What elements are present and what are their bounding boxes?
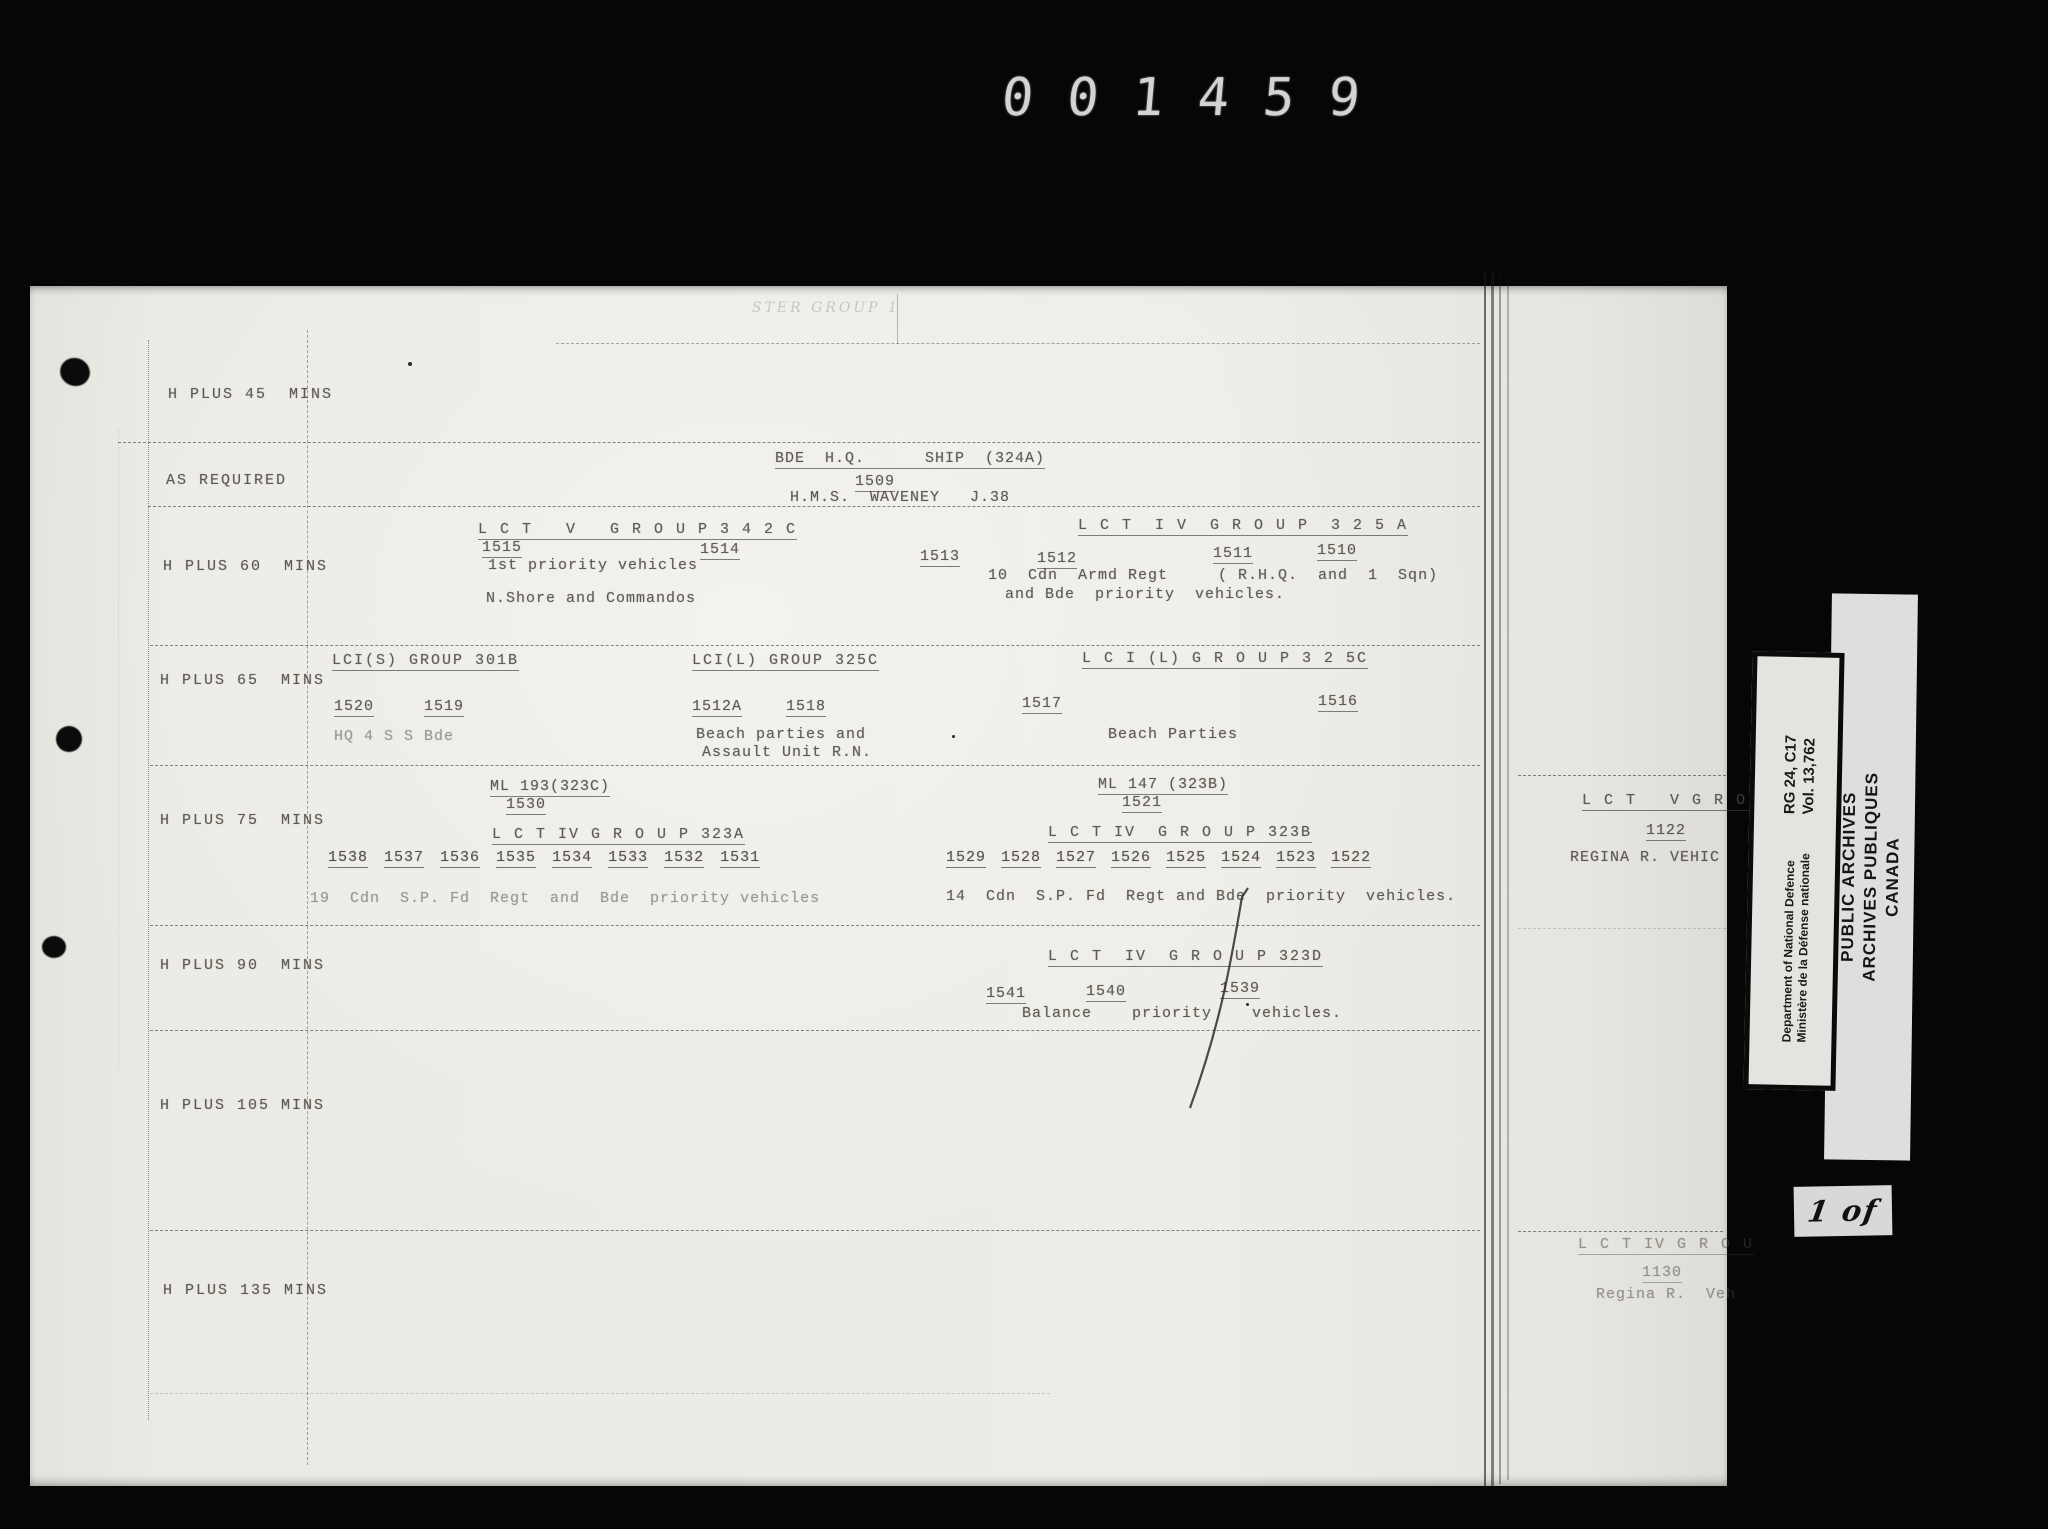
h65-right-line1: Beach Parties <box>1108 726 1238 743</box>
h75-right-line1: REGINA R. VEHIC <box>1570 849 1720 866</box>
h65-mid-heading: LCI(L) GROUP 325C <box>692 652 879 671</box>
fold-crease <box>1499 276 1501 1484</box>
h60-right-line2: and Bde priority vehicles. <box>1005 586 1285 603</box>
serial: 1512A <box>692 698 742 717</box>
h65-left-heading: LCI(S) GROUP 301B <box>332 652 519 671</box>
table-line <box>150 765 1480 766</box>
bde-hq-heading: BDE H.Q. SHIP (324A) <box>775 450 1045 469</box>
table-line <box>150 1393 1050 1394</box>
serial: 1533 <box>608 849 648 868</box>
h90-heading: L C T IV G R O U P 323D <box>1048 948 1323 967</box>
serial: 1519 <box>424 698 464 717</box>
h65-mid-line2: Assault Unit R.N. <box>702 744 872 761</box>
h65-left-line1: HQ 4 S S Bde <box>334 728 454 745</box>
serial: 1526 <box>1111 849 1151 868</box>
h60-right-heading: L C T I V G R O U P 3 2 5 A <box>1078 517 1408 536</box>
time-label-h75: H PLUS 75 MINS <box>160 812 325 829</box>
serial: 1130 <box>1642 1264 1682 1283</box>
serial: 1539 <box>1220 980 1260 999</box>
time-label-h60: H PLUS 60 MINS <box>163 558 328 575</box>
serial: 1511 <box>1213 545 1253 564</box>
serial: 1531 <box>720 849 760 868</box>
table-line <box>1518 928 1726 929</box>
serial: 1517 <box>1022 695 1062 714</box>
photo-frame-number: 001459 <box>999 68 1396 128</box>
table-line <box>1518 775 1726 776</box>
serial: 1522 <box>1331 849 1371 868</box>
h75-left-ml-serial: 1530 <box>506 796 546 815</box>
bde-hq-ship: H.M.S. WAVENEY J.38 <box>790 489 1010 506</box>
archive-reference: RG 24, C17 Vol. 13,762 <box>1781 735 1820 815</box>
page-tag: 1 of <box>1805 1193 1880 1228</box>
h60-left-line1: 1st priority vehicles <box>488 557 698 574</box>
time-label-h90: H PLUS 90 MINS <box>160 957 325 974</box>
h75-mid-heading: L C T IV G R O U P 323B <box>1048 824 1312 843</box>
bde-hq-block: BDE H.Q. SHIP (324A) <box>775 450 1045 469</box>
h90-line1: Balance priority vehicles. <box>1022 1005 1342 1022</box>
serial: 1532 <box>664 849 704 868</box>
serial: 1541 <box>986 985 1026 1004</box>
h75-mid-ml: ML 147 (323B) <box>1098 776 1228 795</box>
serial: 1535 <box>496 849 536 868</box>
serial: 1527 <box>1056 849 1096 868</box>
serial: 1516 <box>1318 693 1358 712</box>
table-line <box>150 645 1480 646</box>
punch-hole <box>42 936 66 958</box>
fold-crease <box>1484 272 1486 1486</box>
serial: 1523 <box>1276 849 1316 868</box>
h65-mid-line1: Beach parties and <box>696 726 866 743</box>
serial: 1537 <box>384 849 424 868</box>
serial: 1534 <box>552 849 592 868</box>
time-label-h45: H PLUS 45 MINS <box>168 386 333 403</box>
serial: 1514 <box>700 541 740 560</box>
time-label-h135: H PLUS 135 MINS <box>163 1282 328 1299</box>
h75-left-heading: L C T IV G R O U P 323A <box>492 826 745 845</box>
volume-number: Vol. 13,762 <box>1799 738 1818 815</box>
public-archives-line: ARCHIVES PUBLIQUES <box>1860 772 1883 982</box>
h135-right-heading: L C T IV G R O U <box>1578 1236 1754 1255</box>
punch-hole <box>56 726 82 752</box>
fold-crease <box>1507 280 1509 1480</box>
serial: 1520 <box>334 698 374 717</box>
table-line-vertical <box>148 340 149 1420</box>
paper-speck <box>1246 1003 1249 1006</box>
table-line-vertical <box>897 294 898 344</box>
h60-right-line1: 10 Cdn Armd Regt ( R.H.Q. and 1 Sqn) <box>988 567 1438 584</box>
serial: 1122 <box>1646 822 1686 841</box>
paper-speck <box>952 735 955 738</box>
time-label-h65: H PLUS 65 MINS <box>160 672 325 689</box>
table-line <box>118 442 1480 443</box>
serial: 1515 <box>482 539 522 558</box>
public-archives-line: CANADA <box>1882 837 1903 917</box>
table-line <box>556 343 1480 344</box>
h75-mid-ml-serial: 1521 <box>1122 794 1162 813</box>
table-line <box>1518 1231 1723 1232</box>
table-line <box>150 1030 1480 1031</box>
serial: 1529 <box>946 849 986 868</box>
fold-crease <box>1491 272 1494 1486</box>
time-label-h105: H PLUS 105 MINS <box>160 1097 325 1114</box>
department-fr: Ministère de la Défense nationale <box>1794 853 1812 1043</box>
serial: 1524 <box>1221 849 1261 868</box>
serial: 1538 <box>328 849 368 868</box>
serial: 1536 <box>440 849 480 868</box>
table-line <box>148 506 1480 507</box>
pencil-note: STER GROUP 1 <box>752 300 900 316</box>
h65-right-heading: L C I (L) G R O U P 3 2 5C <box>1082 650 1368 669</box>
table-line <box>150 1230 1480 1231</box>
table-line <box>150 925 1480 926</box>
serial: 1513 <box>920 548 960 567</box>
paper-speck <box>408 362 412 366</box>
serial: 1518 <box>786 698 826 717</box>
record-group: RG 24, C17 <box>1781 735 1800 815</box>
serial: 1510 <box>1317 542 1357 561</box>
serial: 1525 <box>1166 849 1206 868</box>
h60-left-line2: N.Shore and Commandos <box>486 590 696 607</box>
h135-right-line1: Regina R. Veh <box>1596 1286 1736 1303</box>
h75-mid-line1: 14 Cdn S.P. Fd Regt and Bde priority veh… <box>946 888 1456 905</box>
public-archives-line: PUBLIC ARCHIVES <box>1838 791 1860 961</box>
h75-left-line1: 19 Cdn S.P. Fd Regt and Bde priority veh… <box>310 890 820 907</box>
serial: 1540 <box>1086 983 1126 1002</box>
h60-left-heading: L C T V G R O U P 3 4 2 C <box>478 521 797 540</box>
department-label: Department of National Defence Ministère… <box>1779 853 1813 1043</box>
page-tag-card: 1 of <box>1794 1185 1893 1237</box>
time-label-as-required: AS REQUIRED <box>166 472 287 489</box>
dnd-reference-card: RG 24, C17 Vol. 13,762 Department of Nat… <box>1743 651 1844 1091</box>
table-line-vertical <box>118 430 119 1070</box>
h75-left-serials: 1538 1537 1536 1535 1534 1533 1532 1531 <box>328 849 760 868</box>
h75-left-ml: ML 193(323C) <box>490 778 610 797</box>
h75-right-heading: L C T V G R O U <box>1582 792 1769 811</box>
serial: 1528 <box>1001 849 1041 868</box>
h75-mid-serials: 1529 1528 1527 1526 1525 1524 1523 1522 <box>946 849 1371 868</box>
